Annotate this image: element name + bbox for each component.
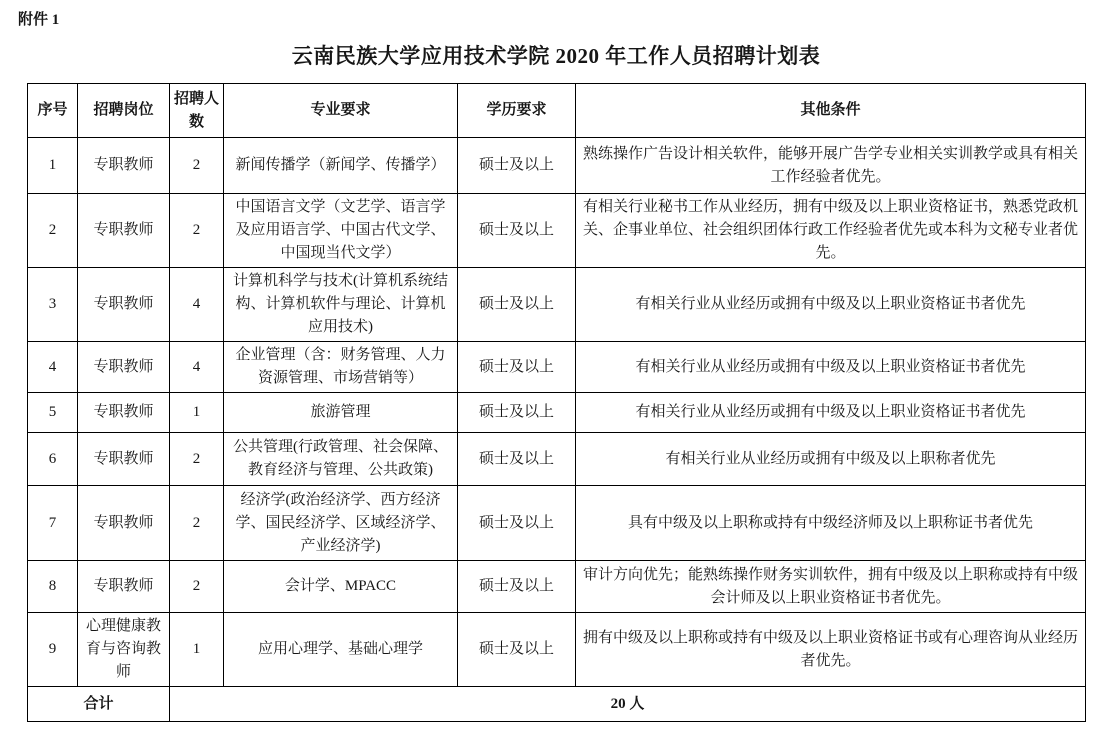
row-other: 审计方向优先；能熟练操作财务实训软件，拥有中级及以上职称或持有中级会计师及以上职… bbox=[576, 561, 1086, 613]
row-count: 2 bbox=[170, 486, 224, 561]
row-count: 1 bbox=[170, 613, 224, 687]
row-other: 具有中级及以上职称或持有中级经济师及以上职称证书者优先 bbox=[576, 486, 1086, 561]
row-major: 经济学(政治经济学、西方经济学、国民经济学、区域经济学、产业经济学) bbox=[224, 486, 458, 561]
row-other: 拥有中级及以上职称或持有中级及以上职业资格证书或有心理咨询从业经历者优先。 bbox=[576, 613, 1086, 687]
row-position: 专职教师 bbox=[78, 194, 170, 268]
table-row: 6 专职教师 2 公共管理(行政管理、社会保障、教育经济与管理、公共政策) 硕士… bbox=[28, 433, 1086, 486]
row-count: 2 bbox=[170, 138, 224, 194]
row-no: 6 bbox=[28, 433, 78, 486]
document-page: 附件 1 云南民族大学应用技术学院 2020 年工作人员招聘计划表 序号 招聘岗… bbox=[0, 0, 1107, 731]
row-other: 有相关行业从业经历或拥有中级及以上职业资格证书者优先 bbox=[576, 393, 1086, 433]
row-count: 2 bbox=[170, 561, 224, 613]
row-position: 专职教师 bbox=[78, 138, 170, 194]
row-degree: 硕士及以上 bbox=[458, 342, 576, 393]
row-no: 1 bbox=[28, 138, 78, 194]
row-no: 4 bbox=[28, 342, 78, 393]
row-no: 9 bbox=[28, 613, 78, 687]
row-no: 8 bbox=[28, 561, 78, 613]
row-degree: 硕士及以上 bbox=[458, 393, 576, 433]
col-header-count: 招聘人数 bbox=[170, 84, 224, 138]
table-row: 1 专职教师 2 新闻传播学（新闻学、传播学） 硕士及以上 熟练操作广告设计相关… bbox=[28, 138, 1086, 194]
table-row: 9 心理健康教育与咨询教师 1 应用心理学、基础心理学 硕士及以上 拥有中级及以… bbox=[28, 613, 1086, 687]
col-header-degree: 学历要求 bbox=[458, 84, 576, 138]
col-header-position: 招聘岗位 bbox=[78, 84, 170, 138]
row-degree: 硕士及以上 bbox=[458, 194, 576, 268]
row-major: 计算机科学与技术(计算机系统结构、计算机软件与理论、计算机应用技术) bbox=[224, 268, 458, 342]
attachment-label: 附件 1 bbox=[18, 8, 59, 29]
row-degree: 硕士及以上 bbox=[458, 486, 576, 561]
row-position: 专职教师 bbox=[78, 433, 170, 486]
recruitment-plan-table: 序号 招聘岗位 招聘人数 专业要求 学历要求 其他条件 1 专职教师 2 新闻传… bbox=[27, 83, 1086, 722]
total-label: 合计 bbox=[28, 687, 170, 722]
row-count: 4 bbox=[170, 342, 224, 393]
row-position: 专职教师 bbox=[78, 342, 170, 393]
row-major: 应用心理学、基础心理学 bbox=[224, 613, 458, 687]
row-degree: 硕士及以上 bbox=[458, 138, 576, 194]
row-count: 2 bbox=[170, 433, 224, 486]
header-row: 序号 招聘岗位 招聘人数 专业要求 学历要求 其他条件 bbox=[28, 84, 1086, 138]
col-header-no: 序号 bbox=[28, 84, 78, 138]
row-position: 专职教师 bbox=[78, 268, 170, 342]
col-header-other: 其他条件 bbox=[576, 84, 1086, 138]
row-degree: 硕士及以上 bbox=[458, 433, 576, 486]
row-other: 有相关行业从业经历或拥有中级及以上职业资格证书者优先 bbox=[576, 342, 1086, 393]
row-major: 旅游管理 bbox=[224, 393, 458, 433]
row-other: 熟练操作广告设计相关软件，能够开展广告学专业相关实训教学或具有相关工作经验者优先… bbox=[576, 138, 1086, 194]
row-major: 中国语言文学（文艺学、语言学及应用语言学、中国古代文学、中国现当代文学） bbox=[224, 194, 458, 268]
row-count: 2 bbox=[170, 194, 224, 268]
table-row: 4 专职教师 4 企业管理（含：财务管理、人力资源管理、市场营销等） 硕士及以上… bbox=[28, 342, 1086, 393]
row-count: 4 bbox=[170, 268, 224, 342]
table-row: 8 专职教师 2 会计学、MPACC 硕士及以上 审计方向优先；能熟练操作财务实… bbox=[28, 561, 1086, 613]
row-major: 企业管理（含：财务管理、人力资源管理、市场营销等） bbox=[224, 342, 458, 393]
row-degree: 硕士及以上 bbox=[458, 561, 576, 613]
row-major: 新闻传播学（新闻学、传播学） bbox=[224, 138, 458, 194]
row-no: 3 bbox=[28, 268, 78, 342]
row-position: 心理健康教育与咨询教师 bbox=[78, 613, 170, 687]
total-row: 合计 20 人 bbox=[28, 687, 1086, 722]
table-row: 3 专职教师 4 计算机科学与技术(计算机系统结构、计算机软件与理论、计算机应用… bbox=[28, 268, 1086, 342]
row-other: 有相关行业从业经历或拥有中级及以上职称者优先 bbox=[576, 433, 1086, 486]
row-no: 5 bbox=[28, 393, 78, 433]
row-major: 公共管理(行政管理、社会保障、教育经济与管理、公共政策) bbox=[224, 433, 458, 486]
row-position: 专职教师 bbox=[78, 393, 170, 433]
row-other: 有相关行业从业经历或拥有中级及以上职业资格证书者优先 bbox=[576, 268, 1086, 342]
row-position: 专职教师 bbox=[78, 561, 170, 613]
table-row: 7 专职教师 2 经济学(政治经济学、西方经济学、国民经济学、区域经济学、产业经… bbox=[28, 486, 1086, 561]
row-no: 2 bbox=[28, 194, 78, 268]
col-header-major: 专业要求 bbox=[224, 84, 458, 138]
table-row: 2 专职教师 2 中国语言文学（文艺学、语言学及应用语言学、中国古代文学、中国现… bbox=[28, 194, 1086, 268]
row-no: 7 bbox=[28, 486, 78, 561]
row-degree: 硕士及以上 bbox=[458, 613, 576, 687]
row-other: 有相关行业秘书工作从业经历，拥有中级及以上职业资格证书，熟悉党政机关、企事业单位… bbox=[576, 194, 1086, 268]
row-count: 1 bbox=[170, 393, 224, 433]
page-title: 云南民族大学应用技术学院 2020 年工作人员招聘计划表 bbox=[27, 40, 1085, 70]
table-row: 5 专职教师 1 旅游管理 硕士及以上 有相关行业从业经历或拥有中级及以上职业资… bbox=[28, 393, 1086, 433]
row-major: 会计学、MPACC bbox=[224, 561, 458, 613]
total-value: 20 人 bbox=[170, 687, 1086, 722]
row-position: 专职教师 bbox=[78, 486, 170, 561]
row-degree: 硕士及以上 bbox=[458, 268, 576, 342]
